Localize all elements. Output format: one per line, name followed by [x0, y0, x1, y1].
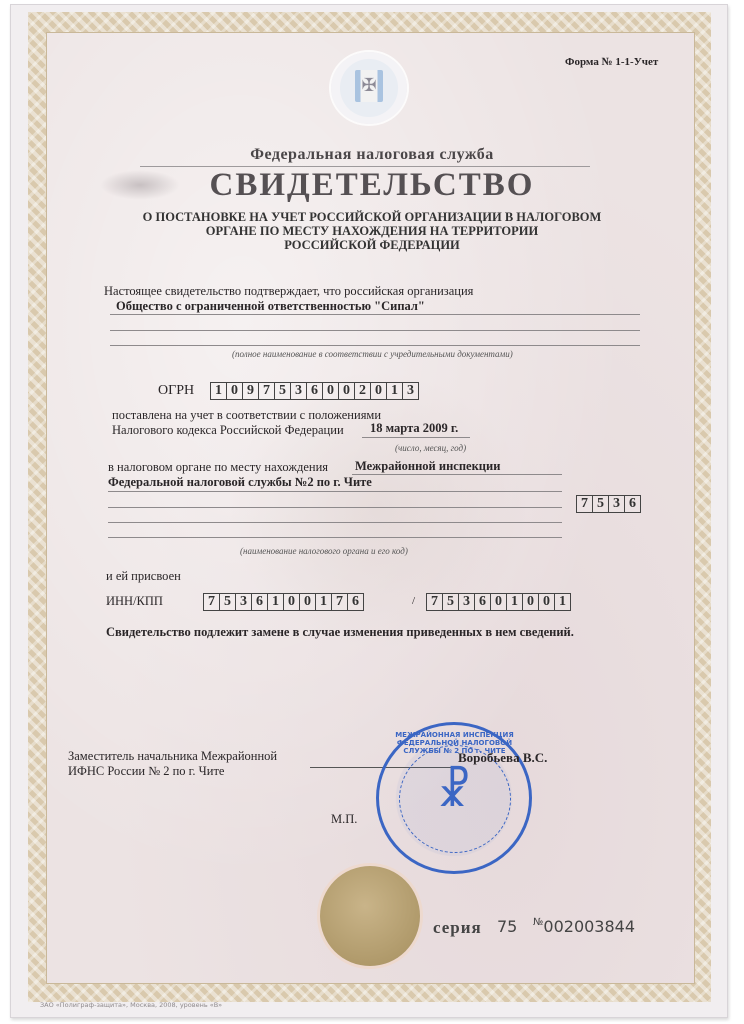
mp-label: М.П.	[331, 812, 357, 827]
digit-cell: 0	[490, 594, 506, 610]
date-note: (число, месяц, год)	[395, 443, 466, 453]
inn-digit-boxes: 7536100176	[203, 593, 364, 611]
organization-intro: Настоящее свидетельство подтверждает, чт…	[104, 284, 473, 299]
digit-cell: 6	[251, 594, 267, 610]
digit-cell: 1	[211, 383, 226, 399]
digit-cell: 7	[427, 594, 442, 610]
document-subtitle: О ПОСТАНОВКЕ НА УЧЕТ РОССИЙСКОЙ ОРГАНИЗА…	[0, 210, 744, 252]
digit-cell: 5	[219, 594, 235, 610]
hologram-emblem-icon: ✠	[331, 52, 407, 124]
digit-cell: 0	[538, 594, 554, 610]
tax-authority-note: (наименование налогового органа и его ко…	[240, 546, 408, 556]
digit-cell: 6	[624, 496, 640, 512]
digit-cell: 6	[347, 594, 363, 610]
underline	[110, 330, 640, 331]
digit-cell: 1	[267, 594, 283, 610]
tax-authority-name-part2: Федеральной налоговой службы №2 по г. Чи…	[108, 475, 372, 490]
inn-kpp-label: ИНН/КПП	[106, 594, 163, 609]
digit-cell: 7	[331, 594, 347, 610]
registration-line1: поставлена на учет в соответствии с поло…	[112, 408, 381, 423]
digit-cell: 1	[554, 594, 570, 610]
kpp-digit-boxes: 753601001	[426, 593, 571, 611]
digit-cell: 0	[370, 383, 386, 399]
eagle-icon: ✠	[358, 74, 380, 96]
digit-cell: 5	[592, 496, 608, 512]
digit-cell: 6	[474, 594, 490, 610]
digit-cell: 5	[442, 594, 458, 610]
signatory-title-line2: ИФНС России № 2 по г. Чите	[68, 764, 224, 779]
digit-cell: 1	[315, 594, 331, 610]
tax-authority-intro: в налоговом органе по месту нахождения	[108, 460, 328, 475]
inn-kpp-separator: /	[412, 595, 415, 607]
double-headed-eagle-icon: ☧	[379, 767, 529, 817]
digit-cell: 7	[204, 594, 219, 610]
number-sign: №	[533, 917, 543, 928]
ogrn-label: ОГРН	[158, 383, 194, 399]
form-number: Форма № 1-1-Учет	[565, 56, 658, 68]
tax-authority-name-part1: Межрайонной инспекции	[355, 459, 500, 474]
underline	[108, 507, 562, 508]
underline	[110, 345, 640, 346]
signatory-title-line1: Заместитель начальника Межрайонной	[68, 749, 277, 764]
underline	[108, 537, 562, 538]
series-value: 75	[497, 917, 517, 936]
underline	[108, 522, 562, 523]
number-value: 002003844	[543, 917, 635, 936]
digit-cell: 9	[242, 383, 258, 399]
ogrn-digit-boxes: 1097536002013	[210, 382, 419, 400]
replacement-notice: Свидетельство подлежит замене в случае и…	[106, 625, 574, 640]
digit-cell: 3	[235, 594, 251, 610]
assigned-label: и ей присвоен	[106, 569, 181, 584]
digit-cell: 0	[522, 594, 538, 610]
digit-cell: 1	[506, 594, 522, 610]
official-stamp: МЕЖРАЙОННАЯ ИНСПЕКЦИЯ ФЕДЕРАЛЬНОЙ НАЛОГО…	[376, 722, 532, 874]
digit-cell: 2	[354, 383, 370, 399]
document-title: СВИДЕТЕЛЬСТВО	[0, 167, 744, 204]
digit-cell: 5	[274, 383, 290, 399]
digit-cell: 3	[608, 496, 624, 512]
digit-cell: 0	[226, 383, 242, 399]
registration-line2: Налогового кодекса Российской Федерации	[112, 423, 344, 438]
tax-authority-code-boxes: 7536	[576, 495, 641, 513]
underline	[108, 491, 562, 492]
digit-cell: 0	[299, 594, 315, 610]
certificate-number: №002003844	[533, 917, 635, 936]
digit-cell: 7	[258, 383, 274, 399]
signatory-name: Воробьева В.С.	[458, 750, 547, 766]
digit-cell: 0	[283, 594, 299, 610]
printer-imprint: ЗАО «Полиграф-защита», Москва, 2008, уро…	[40, 1001, 222, 1009]
underline	[110, 314, 640, 315]
digit-cell: 1	[386, 383, 402, 399]
digit-cell: 0	[338, 383, 354, 399]
registration-date: 18 марта 2009 г.	[370, 421, 458, 436]
underline	[362, 437, 470, 438]
gold-hologram-seal	[320, 866, 420, 966]
digit-cell: 0	[322, 383, 338, 399]
digit-cell: 7	[577, 496, 592, 512]
digit-cell: 6	[306, 383, 322, 399]
agency-name: Федеральная налоговая служба	[0, 146, 744, 164]
digit-cell: 3	[458, 594, 474, 610]
digit-cell: 3	[290, 383, 306, 399]
digit-cell: 3	[402, 383, 418, 399]
underline	[352, 474, 562, 475]
organization-note: (полное наименование в соответствии с уч…	[232, 349, 513, 359]
organization-name: Общество с ограниченной ответственностью…	[116, 299, 425, 314]
series-label: серия	[433, 918, 482, 938]
